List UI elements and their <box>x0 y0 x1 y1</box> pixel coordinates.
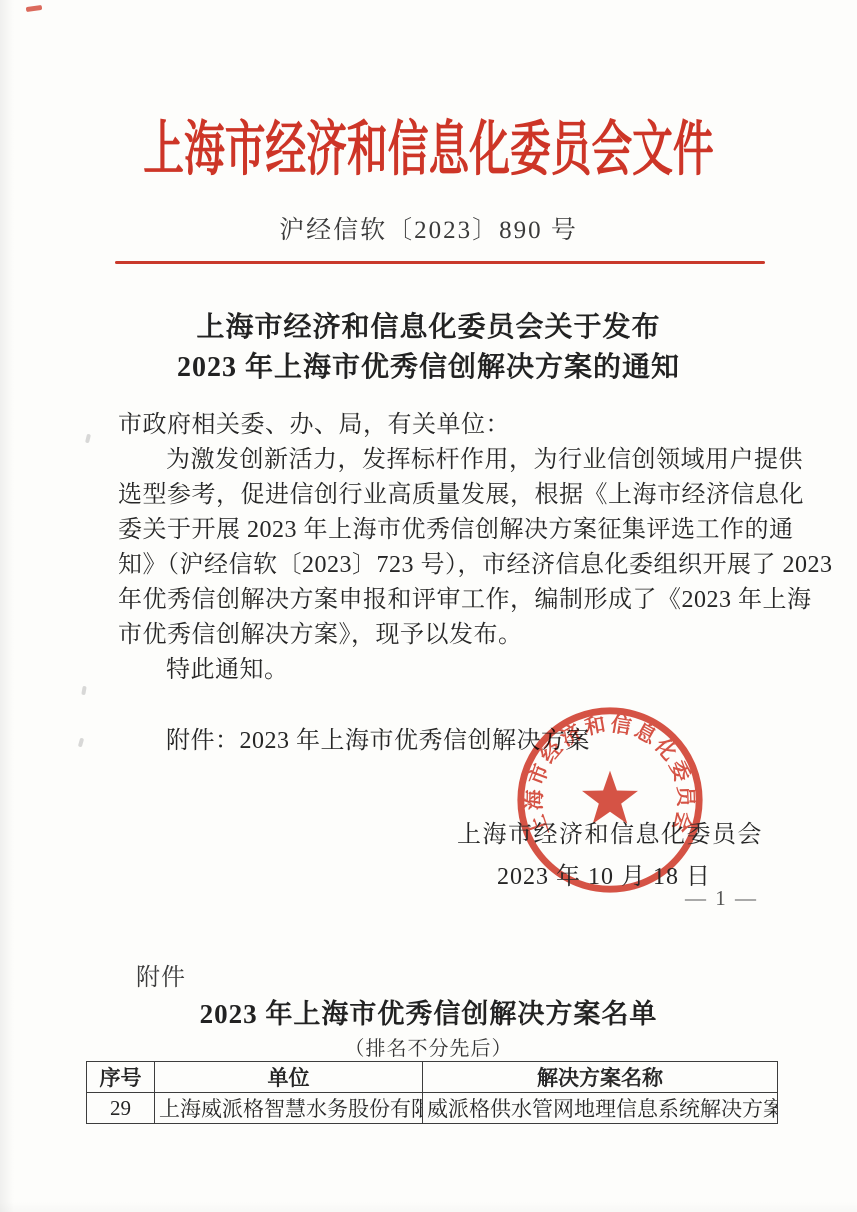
table-row: 29 上海威派格智慧水务股份有限公司 威派格供水管网地理信息系统解决方案 <box>87 1093 778 1124</box>
body-line: 年优秀信创解决方案申报和评审工作，编制形成了《2023 年上海 <box>118 583 774 618</box>
attachment-list-title: 2023 年上海市优秀信创解决方案名单 <box>0 992 857 1031</box>
closing-line: 特此通知。 <box>118 653 774 688</box>
red-divider-line <box>115 261 765 264</box>
cell-solution: 威派格供水管网地理信息系统解决方案 <box>423 1093 778 1124</box>
body-line: 选型参考，促进信创行业高质量发展，根据《上海市经济信息化 <box>118 478 774 513</box>
letterhead-org-title: 上海市经济和信息化委员会文件 <box>13 103 844 188</box>
table-header-row: 序号 单位 解决方案名称 <box>87 1062 778 1093</box>
body-line: 市优秀信创解决方案》，现予以发布。 <box>118 618 774 653</box>
document-page: 上海市经济和信息化委员会文件 沪经信软〔2023〕890 号 上海市经济和信息化… <box>0 0 857 1212</box>
attachment-label: 附件 <box>136 957 186 992</box>
body-line: 知》（沪经信软〔2023〕723 号），市经济信息化委组织开展了 2023 <box>118 548 774 583</box>
cell-unit: 上海威派格智慧水务股份有限公司 <box>155 1093 423 1124</box>
column-header-index: 序号 <box>87 1062 155 1093</box>
notice-title-line1: 上海市经济和信息化委员会关于发布 <box>0 305 857 345</box>
salutation: 市政府相关委、办、局，有关单位： <box>118 408 774 443</box>
scan-artifact <box>26 5 43 12</box>
column-header-solution: 解决方案名称 <box>423 1062 778 1093</box>
column-header-unit: 单位 <box>155 1062 423 1093</box>
notice-body: 市政府相关委、办、局，有关单位： 为激发创新活力，发挥标杆作用，为行业信创领域用… <box>118 408 774 688</box>
solution-list-table: 序号 单位 解决方案名称 29 上海威派格智慧水务股份有限公司 威派格供水管网地… <box>86 1061 778 1124</box>
body-line: 委关于开展 2023 年上海市优秀信创解决方案征集评选工作的通 <box>118 513 774 548</box>
scan-artifact <box>78 738 84 748</box>
scan-artifact <box>85 434 91 444</box>
signature-date: 2023 年 10 月 18 日 <box>497 856 711 891</box>
document-number: 沪经信软〔2023〕890 号 <box>0 210 857 246</box>
cell-index: 29 <box>87 1093 155 1124</box>
notice-title-line2: 2023 年上海市优秀信创解决方案的通知 <box>0 345 857 385</box>
scan-artifact <box>81 686 87 696</box>
page-number: — 1 — <box>685 886 758 911</box>
signature-org: 上海市经济和信息化委员会 <box>457 814 763 849</box>
attachment-list-subtitle: （排名不分先后） <box>0 1032 857 1061</box>
body-line: 为激发创新活力，发挥标杆作用，为行业信创领域用户提供 <box>118 443 774 478</box>
